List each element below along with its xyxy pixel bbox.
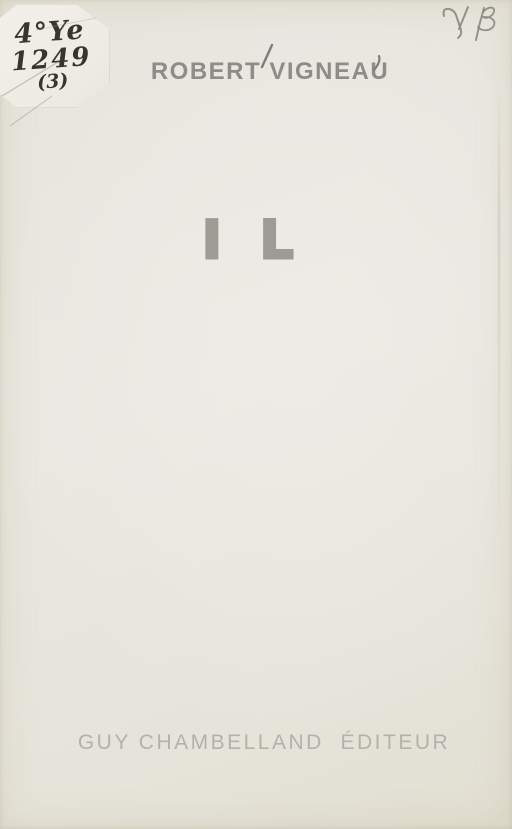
pencil-initials-mark	[436, 0, 510, 48]
paper-crease	[498, 80, 500, 540]
author-name: ROBERT VIGNEAU	[14, 58, 512, 86]
library-stamp-text: 4°Ye 1249 (3)	[0, 0, 113, 112]
book-cover-scan: 4°Ye 1249 (3) ROBERT VIGNEAU IL GUY CHAM…	[0, 0, 512, 829]
book-title: IL	[202, 214, 332, 267]
library-stamp: 4°Ye 1249 (3)	[0, 4, 110, 108]
publisher-name: GUY CHAMBELLAND ÉDITEUR	[8, 731, 512, 755]
